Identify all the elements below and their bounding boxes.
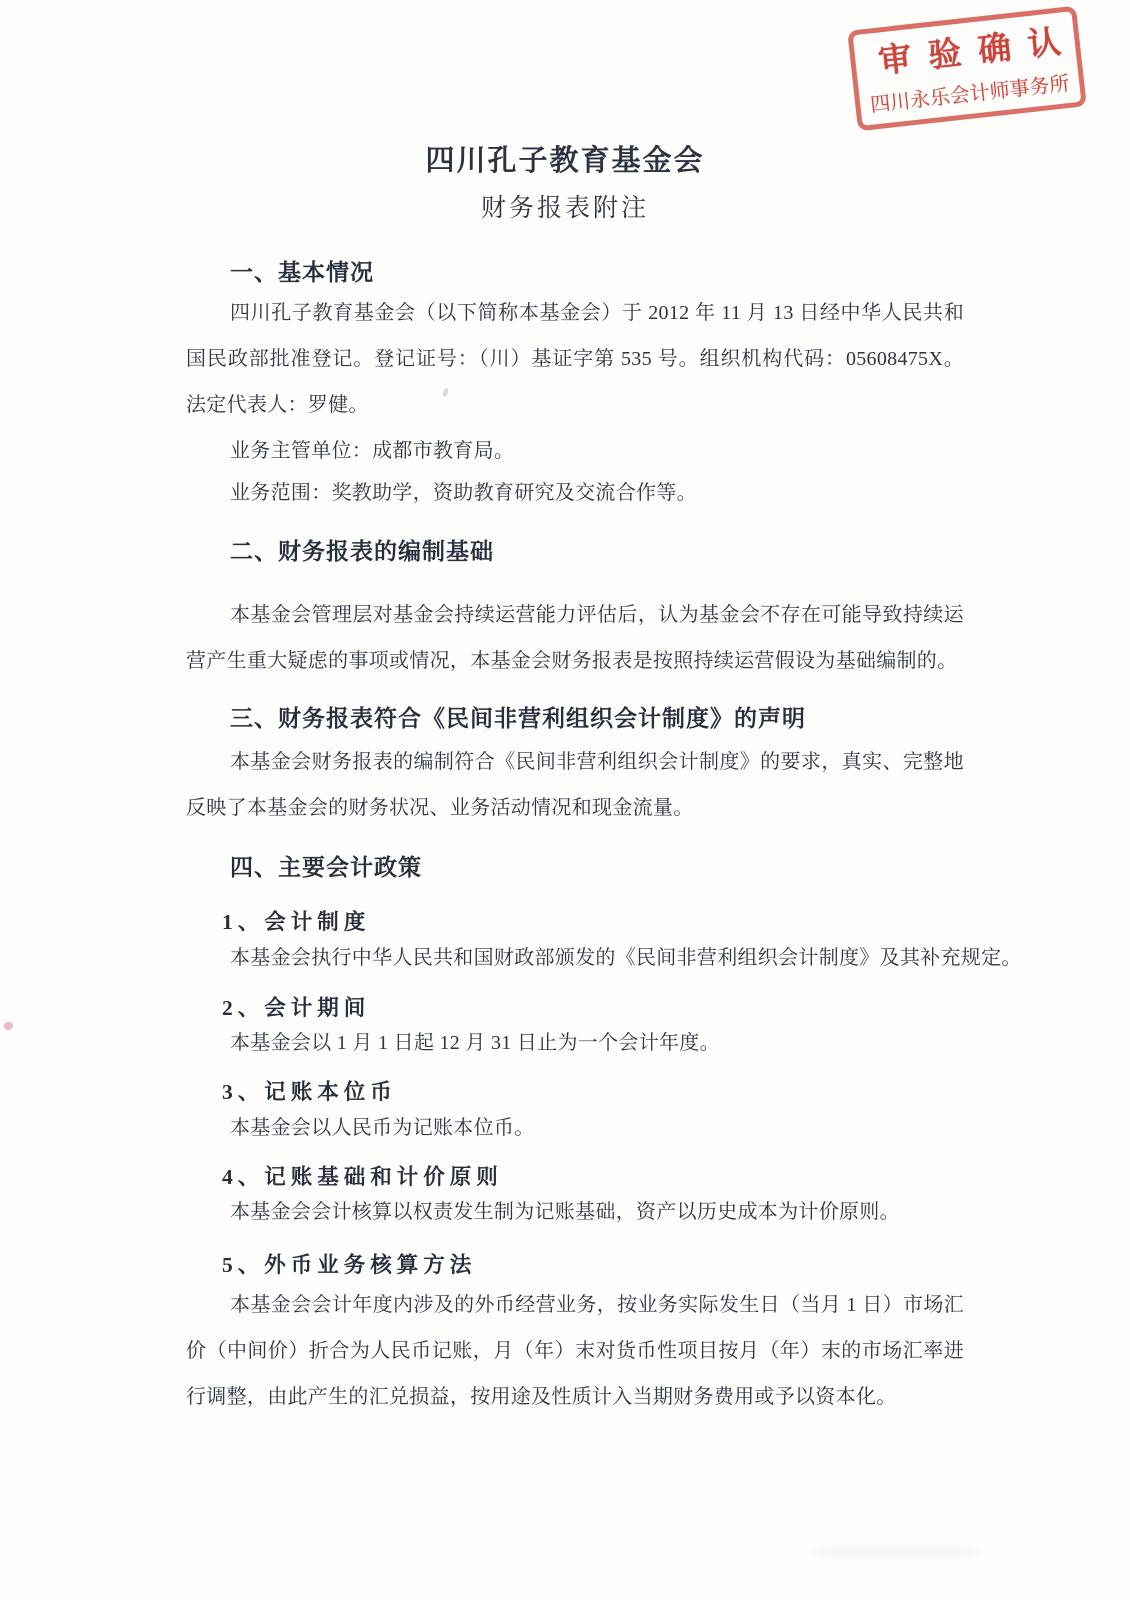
paragraph-registration-info: 四川孔子教育基金会（以下简称本基金会）于 2012 年 11 月 13 日经中华… (186, 290, 964, 428)
subheading-accounting-system: 1、会计制度 (186, 907, 1000, 937)
paragraph-business-scope: 业务范围：奖教助学，资助教育研究及交流合作等。 (186, 470, 964, 516)
scanned-document-page: 审验确认 四川永乐会计师事务所 四川孔子教育基金会 财务报表附注 一、基本情况 … (0, 0, 1130, 1600)
paragraph-accounting-basis: 本基金会会计核算以权责发生制为记账基础，资产以历史成本为计价原则。 (186, 1189, 964, 1235)
paragraph-accounting-system: 本基金会执行中华人民共和国财政部颁发的《民间非营利组织会计制度》及其补充规定。 (186, 935, 964, 981)
paragraph-foreign-currency-method: 本基金会会计年度内涉及的外币经营业务，按业务实际发生日（当月 1 日）市场汇价（… (186, 1282, 964, 1420)
paragraph-supervising-unit: 业务主管单位：成都市教育局。 (186, 428, 964, 474)
subheading-accounting-period: 2、会计期间 (186, 993, 1000, 1023)
paragraph-compliance-statement: 本基金会财务报表的编制符合《民间非营利组织会计制度》的要求，真实、完整地反映了本… (186, 739, 964, 831)
audit-stamp: 审验确认 四川永乐会计师事务所 (847, 6, 1087, 132)
document-subtitle: 财务报表附注 (0, 188, 1130, 224)
subheading-foreign-currency-method: 5、外币业务核算方法 (186, 1250, 1000, 1280)
paragraph-accounting-period: 本基金会以 1 月 1 日起 12 月 31 日止为一个会计年度。 (186, 1020, 964, 1066)
scan-speck (4, 1022, 13, 1030)
subheading-functional-currency: 3、记账本位币 (186, 1077, 1000, 1107)
section-heading-basic-information: 一、基本情况 (186, 256, 1008, 290)
section-heading-compliance-statement: 三、财务报表符合《民间非营利组织会计制度》的声明 (186, 702, 1008, 736)
section-heading-preparation-basis: 二、财务报表的编制基础 (186, 535, 1008, 569)
document-title: 四川孔子教育基金会 (0, 138, 1130, 179)
subheading-accounting-basis: 4、记账基础和计价原则 (186, 1162, 1000, 1192)
paragraph-going-concern: 本基金会管理层对基金会持续运营能力评估后，认为基金会不存在可能导致持续运营产生重… (186, 592, 964, 684)
paragraph-functional-currency: 本基金会以人民币为记账本位币。 (186, 1105, 964, 1151)
section-heading-accounting-policies: 四、主要会计政策 (186, 851, 1008, 885)
scan-smudge (810, 1545, 980, 1559)
